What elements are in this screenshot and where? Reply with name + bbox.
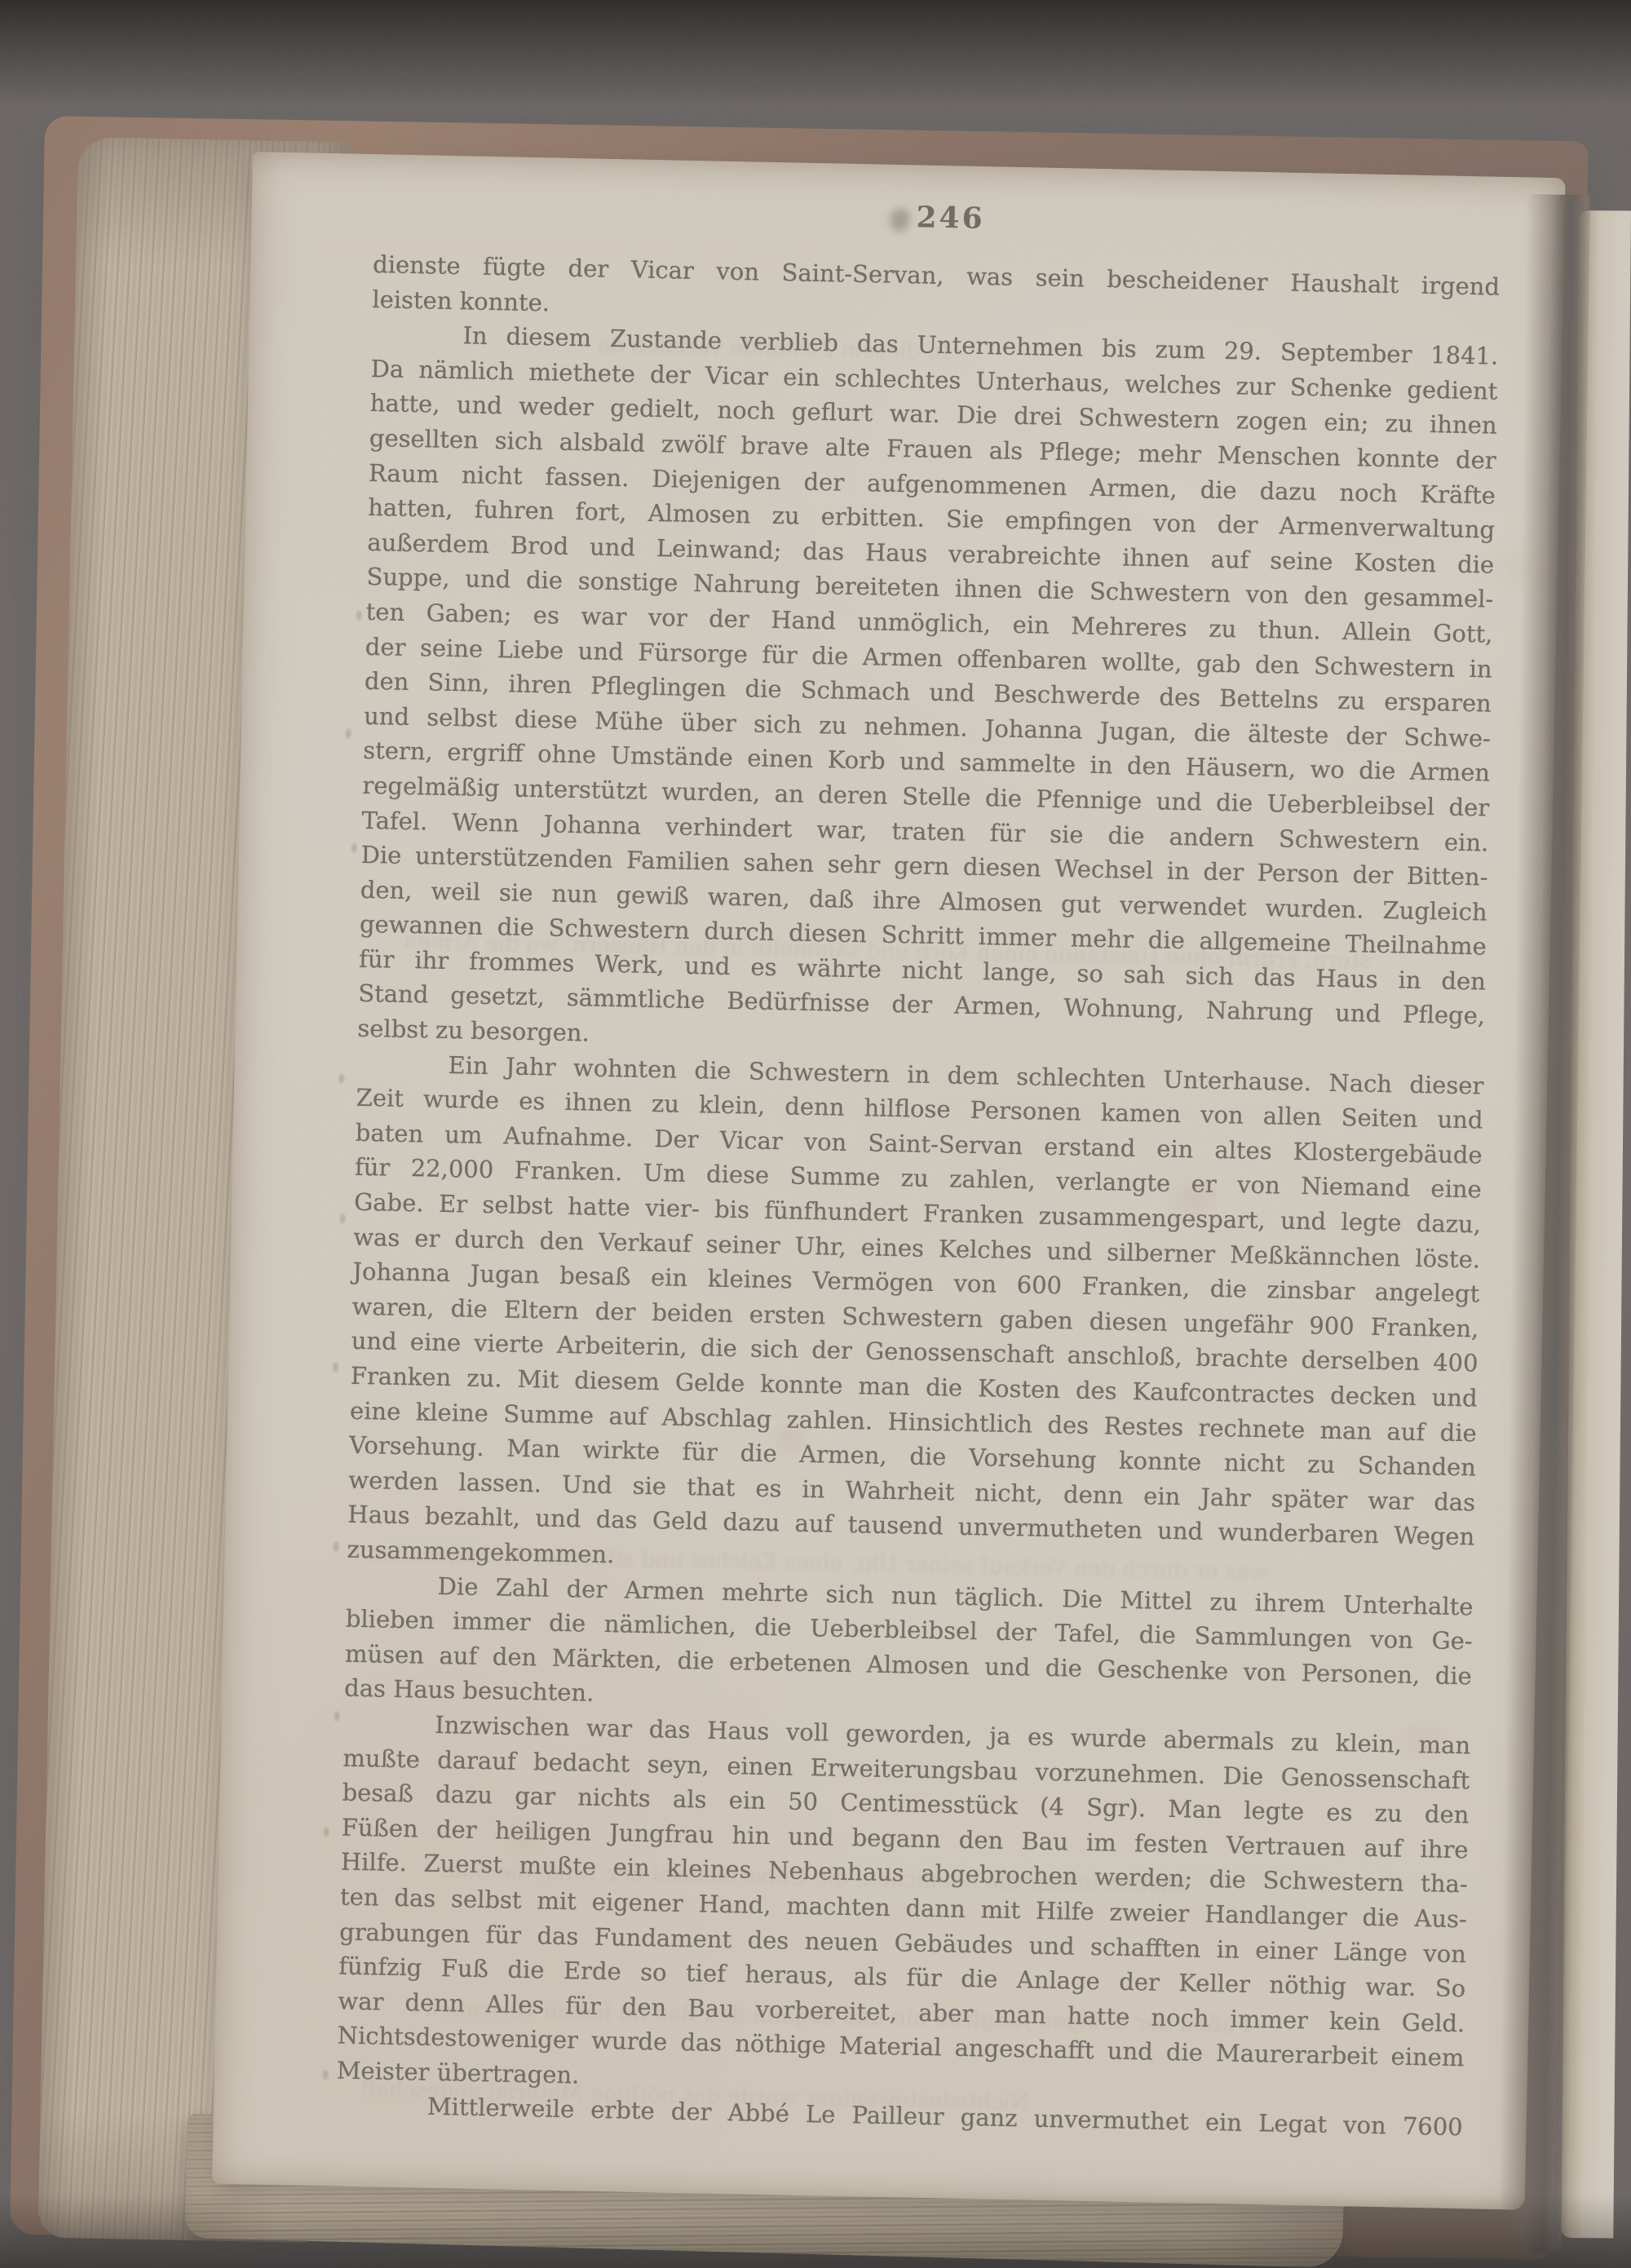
paragraph: Ein Jahr wohnten die Schwestern in dem s…: [347, 1046, 1484, 1589]
margin-bleed-speck: [356, 611, 361, 621]
paragraph: Die Zahl der Armen mehrte sich nun tägli…: [344, 1567, 1474, 1728]
paragraph: Inzwischen war das Haus voll geworden, j…: [336, 1706, 1470, 2111]
margin-bleed-speck: [323, 2070, 329, 2080]
text-column: 246 dienste fügte der Vicar von Saint-Se…: [336, 190, 1501, 2145]
body-text: dienste fügte der Vicar von Saint-Servan…: [336, 247, 1501, 2145]
margin-bleed-speck: [338, 1073, 344, 1083]
margin-bleed-speck: [351, 843, 357, 853]
margin-bleed-speck: [340, 1214, 346, 1223]
book-scan-scene: 246 dienste fügte der Vicar von Saint-Se…: [0, 0, 1631, 2268]
paragraph: In diesem Zustande verblieb das Unterneh…: [357, 316, 1499, 1068]
margin-bleed-speck: [334, 1541, 339, 1551]
page-number: 246: [916, 200, 985, 236]
margin-bleed-speck: [324, 1827, 329, 1837]
book-page: 246 dienste fügte der Vicar von Saint-Se…: [212, 152, 1566, 2210]
page-number-row: 246: [373, 190, 1501, 245]
ink-smudge: [890, 209, 910, 232]
margin-bleed-speck: [334, 1711, 339, 1721]
margin-bleed-speck: [333, 1362, 338, 1372]
margin-bleed-speck: [346, 728, 351, 738]
